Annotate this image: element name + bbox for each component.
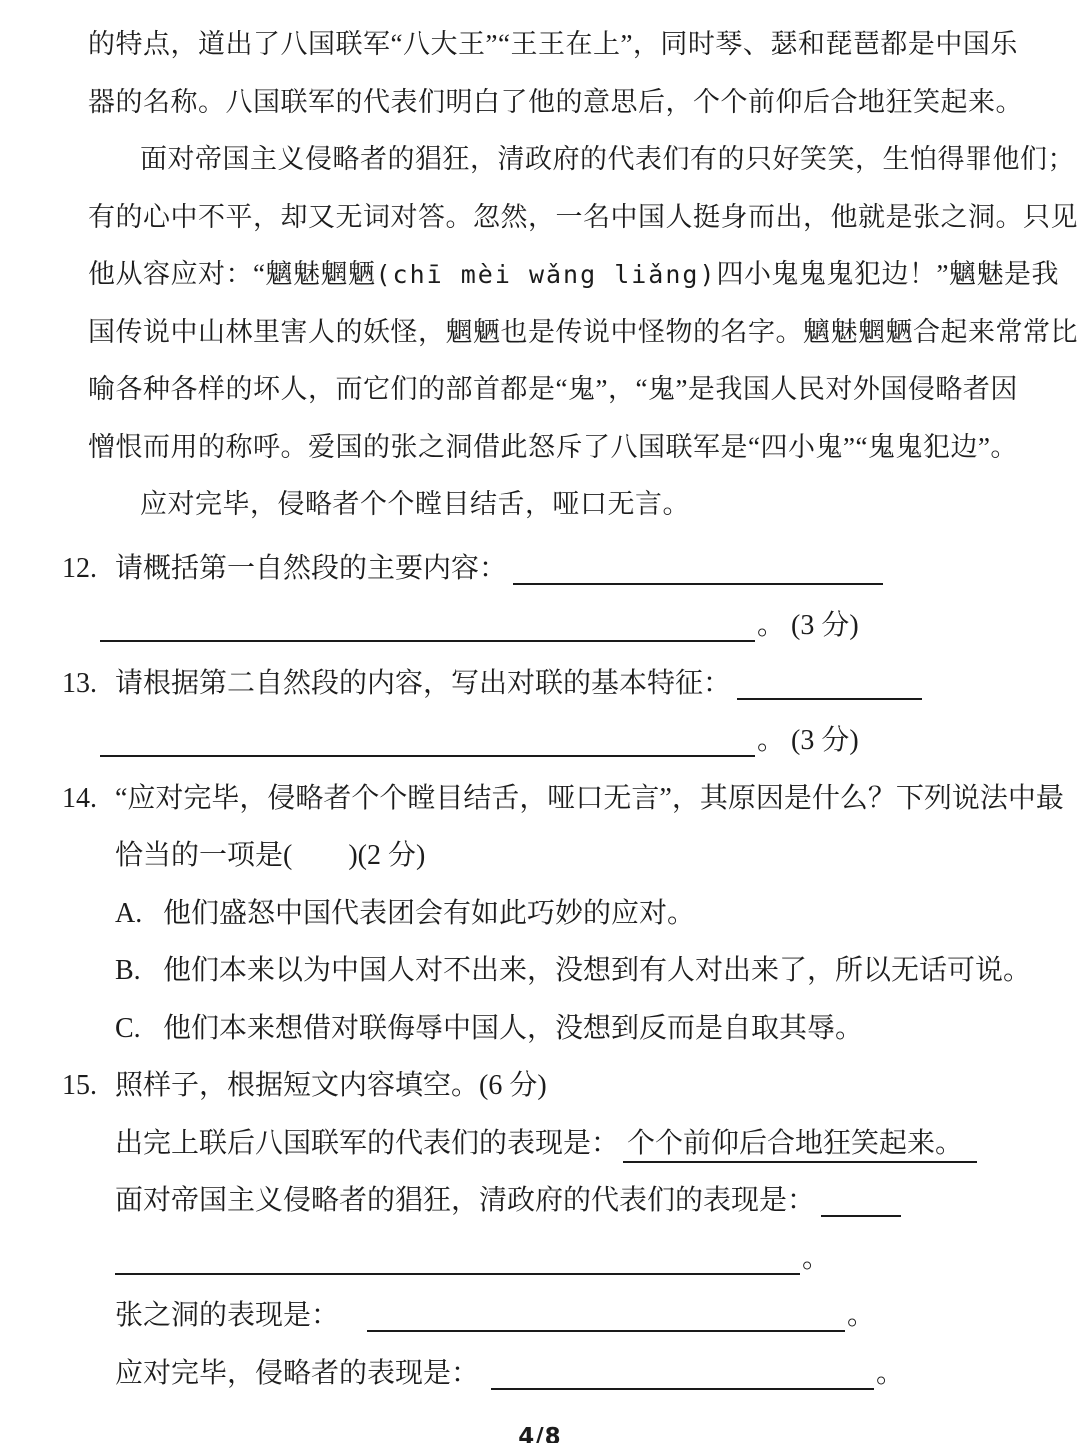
question-15-example-row: 出完上联后八国联军的代表们的表现是：个个前仰后合地狂笑起来。: [62, 1115, 1040, 1173]
question-15-fill4-row: 张之洞的表现是：。: [62, 1287, 1040, 1345]
passage-line: 的特点，道出了八国联军“八大王”“王王在上”，同时琴、瑟和琵琶都是中国乐: [88, 16, 1040, 74]
question-14-option-a: A.他们盛怒中国代表团会有如此巧妙的应对。: [62, 885, 1040, 943]
question-13-score: (3 分): [791, 725, 859, 756]
option-a-text: 他们盛怒中国代表团会有如此巧妙的应对。: [163, 898, 695, 929]
fill4-label: 张之洞的表现是：: [115, 1300, 339, 1331]
question-15-fill2-row: 面对帝国主义侵略者的猖狂，清政府的代表们的表现是：: [62, 1172, 1040, 1230]
fill-example-answer: 个个前仰后合地狂笑起来。: [623, 1128, 977, 1163]
fill5-label: 应对完毕，侵略者的表现是：: [115, 1358, 479, 1389]
fill4-period: 。: [847, 1300, 875, 1331]
option-b-letter: B.: [115, 942, 163, 1000]
passage-line: 应对完毕，侵略者个个瞠目结舌，哑口无言。: [88, 476, 1040, 534]
question-12-continuation: 。(3 分): [62, 597, 1040, 655]
question-13-blank-1: [737, 698, 922, 700]
option-c-letter: C.: [115, 1000, 163, 1058]
fill5-period: 。: [876, 1358, 904, 1389]
reading-passage: 的特点，道出了八国联军“八大王”“王王在上”，同时琴、瑟和琵琶都是中国乐 器的名…: [0, 0, 1080, 534]
question-14-stem-line1: “应对完毕，侵略者个个瞠目结舌，哑口无言”，其原因是什么？下列说法中最: [115, 783, 1064, 814]
question-15-label: 照样子，根据短文内容填空。(6 分): [115, 1070, 547, 1101]
fill3-period: 。: [802, 1243, 830, 1274]
questions-section: 12.请概括第一自然段的主要内容： 。(3 分) 13.请根据第二自然段的内容，…: [0, 534, 1080, 1403]
question-14-option-b: B.他们本来以为中国人对不出来，没想到有人对出来了，所以无话可说。: [62, 942, 1040, 1000]
fill5-blank: [491, 1388, 874, 1390]
passage-line: 国传说中山林里害人的妖怪，魍魉也是传说中怪物的名字。魑魅魍魉合起来常常比: [88, 304, 1040, 362]
passage-line: 器的名称。八国联军的代表们明白了他的意思后，个个前仰后合地狂笑起来。: [88, 74, 1040, 132]
passage-line: 憎恨而用的称呼。爱国的张之洞借此怒斥了八国联军是“四小鬼”“鬼鬼犯边”。: [88, 419, 1040, 477]
question-15-fill3-row: 。: [62, 1230, 1040, 1288]
question-13-period: 。: [757, 725, 785, 756]
passage-line: 面对帝国主义侵略者的猖狂，清政府的代表们有的只好笑笑，生怕得罪他们；: [88, 131, 1040, 189]
fill4-blank: [367, 1330, 845, 1332]
question-12-blank-1: [513, 583, 883, 585]
question-13-blank-2: [100, 755, 755, 757]
passage-line-with-pinyin: 他从容应对：“魑魅魍魉(chī mèi wǎng liǎng)四小鬼鬼鬼犯边！”…: [88, 246, 1040, 304]
question-15-fill5-row: 应对完毕，侵略者的表现是：。: [62, 1345, 1040, 1403]
fill2-label: 面对帝国主义侵略者的猖狂，清政府的代表们的表现是：: [115, 1185, 815, 1216]
question-14: 14.“应对完毕，侵略者个个瞠目结舌，哑口无言”，其原因是什么？下列说法中最: [62, 770, 1040, 828]
question-14-number: 14.: [62, 770, 115, 828]
fill3-blank: [115, 1273, 800, 1275]
page-number: 4/8: [0, 1424, 1080, 1443]
passage-text: 他从容应对：“魑魅魍魉: [88, 259, 375, 289]
question-14-option-c: C.他们本来想借对联侮辱中国人，没想到反而是自取其辱。: [62, 1000, 1040, 1058]
option-b-text: 他们本来以为中国人对不出来，没想到有人对出来了，所以无话可说。: [163, 955, 1031, 986]
passage-line: 有的心中不平，却又无词对答。忽然，一名中国人挺身而出，他就是张之洞。只见: [88, 189, 1040, 247]
option-a-letter: A.: [115, 885, 163, 943]
question-13-continuation: 。(3 分): [62, 712, 1040, 770]
question-12-score: (3 分): [791, 610, 859, 641]
question-13: 13.请根据第二自然段的内容，写出对联的基本特征：: [62, 655, 1040, 713]
question-12-blank-2: [100, 640, 755, 642]
question-12-label: 请概括第一自然段的主要内容：: [115, 553, 507, 584]
question-12: 12.请概括第一自然段的主要内容：: [62, 540, 1040, 598]
fill-example-label: 出完上联后八国联军的代表们的表现是：: [115, 1128, 619, 1159]
question-12-period: 。: [757, 610, 785, 641]
question-13-number: 13.: [62, 655, 115, 713]
pinyin-annotation: (chī mèi wǎng liǎng): [375, 260, 716, 289]
option-c-text: 他们本来想借对联侮辱中国人，没想到反而是自取其辱。: [163, 1013, 863, 1044]
exam-page: 的特点，道出了八国联军“八大王”“王王在上”，同时琴、瑟和琵琶都是中国乐 器的名…: [0, 0, 1080, 1443]
fill2-blank: [821, 1215, 901, 1217]
question-15-number: 15.: [62, 1057, 115, 1115]
question-14-stem-line2: 恰当的一项是( )(2 分): [62, 827, 1040, 885]
question-13-label: 请根据第二自然段的内容，写出对联的基本特征：: [115, 668, 731, 699]
passage-line: 喻各种各样的坏人，而它们的部首都是“鬼”，“鬼”是我国人民对外国侵略者因: [88, 361, 1040, 419]
question-15: 15.照样子，根据短文内容填空。(6 分): [62, 1057, 1040, 1115]
passage-text: 四小鬼鬼鬼犯边！”魑魅是我: [717, 259, 1059, 289]
question-12-number: 12.: [62, 540, 115, 598]
